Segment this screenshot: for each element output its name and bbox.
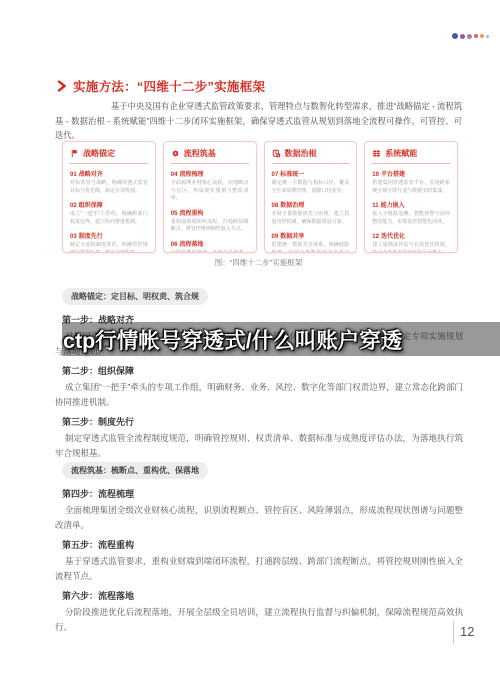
item-number: 08 [272,203,279,209]
figure-caption: 图：“四维十二步”实施框架 [55,257,462,268]
item-desc: 制定全流程制度规范，明确管控规则与数据标准，筑牢合规根基。 [70,242,148,253]
card-item: 01战略对齐 对标监管与战略，明确穿透式监管目标与优先级，制定专项规划。 [70,169,148,195]
item-number: 03 [70,234,77,240]
step-paragraph: 全面梳理集团全级次业财核心流程，识别流程断点、管控盲区、风险薄弱点，形成流程现状… [55,503,463,532]
document-page: 实施方法：“四维十二步”实施框架 基于中央及国有企业穿透式监管政策要求、管理特点… [0,0,500,678]
item-desc: 嵌入全链路追溯、智能预警与闭环整改能力，实现监管智能化闭环。 [372,211,450,226]
card-item: 05流程重构 重构端到端闭环流程，打通跨层级断点，将管控规则刚性嵌入节点。 [171,208,249,234]
item-title: 组织保障 [79,203,103,209]
card-item: 07标准统一 制定统一主数据与指标口径，覆盖全生命周期管理，消除口径差异。 [272,169,350,195]
brand-dots [452,33,489,39]
card-title: 数据治根 [285,148,317,159]
dot-icon [460,34,465,39]
item-desc: 成立“一把手”工作组，明确跨部门权责边界，建立协同推进机制。 [70,211,148,226]
section-header-pill: 流程筑基：梳断点、重构优、保落地 [62,462,208,479]
card-item: 08数据治理 开展全量数据清洗与治理，建立质量管控机制，确保数据质量可靠。 [272,200,350,226]
item-title: 标准统一 [280,172,304,178]
item-number: 06 [171,242,178,248]
card-header: 流程筑基 [171,148,249,164]
card-item: 03制度先行 制定全流程制度规范，明确管控规则与数据标准，筑牢合规根基。 [70,231,148,253]
item-desc: 开展全量数据清洗与治理，建立质量管控机制，确保数据质量可靠。 [272,211,350,226]
dot-icon [486,35,489,38]
step-heading: 第二步：组织保障 [62,364,463,377]
framework-card-system: 系统赋能 10平台搭建 搭建集团穿透监管平台，实现跨系统全域互联互通与数据实时集… [364,141,458,253]
section-process: 流程筑基：梳断点、重构优、保落地 第四步：流程梳理 全面梳理集团全级次业财核心流… [55,460,463,634]
item-number: 01 [70,172,77,178]
gear-icon [171,149,180,158]
item-desc: 对标监管与战略，明确穿透式监管目标与优先级，制定专项规划。 [70,180,148,195]
item-desc: 制定统一主数据与指标口径，覆盖全生命周期管理，消除口径差异。 [272,180,350,195]
item-title: 流程重构 [179,211,203,217]
item-desc: 建立成熟度评估与长效迭代机制，结合业务发展持续优化平台能力。 [372,242,450,253]
framework-card-data: 数据治根 07标准统一 制定统一主数据与指标口径，覆盖全生命周期管理，消除口径差… [264,141,358,253]
card-item: 10平台搭建 搭建集团穿透监管平台，实现跨系统全域互联互通与数据实时集成。 [372,169,450,195]
card-title: 系统赋能 [385,148,417,159]
card-item: 02组织保障 成立“一把手”工作组，明确跨部门权责边界，建立协同推进机制。 [70,200,148,226]
step-heading: 第四步：流程梳理 [62,487,463,500]
page-header: 实施方法：“四维十二步”实施框架 [57,77,265,95]
dot-icon [480,34,484,38]
watermark-overlay: ctp行情帐号穿透式/什么叫账户穿透 [62,322,500,356]
item-title: 战略对齐 [79,172,103,178]
item-desc: 搭建集团穿透监管平台，实现跨系统全域互联互通与数据实时集成。 [372,180,450,195]
card-title: 战略锚定 [83,148,115,159]
chevron-right-icon [57,80,67,92]
framework-card-strategy: 战略锚定 01战略对齐 对标监管与战略，明确穿透式监管目标与优先级，制定专项规划… [62,141,156,253]
item-title: 流程梳理 [179,172,203,178]
dot-icon [467,34,472,39]
flag-icon [70,149,79,158]
dot-icon [452,33,458,39]
database-icon [272,149,281,158]
item-title: 数据治理 [280,203,304,209]
grid-icon [372,149,381,158]
page-number: 12 [460,624,474,639]
card-title: 流程筑基 [184,148,216,159]
step-heading: 第五步：流程重构 [62,538,463,551]
card-item: 11能力嵌入 嵌入全链路追溯、智能预警与闭环整改能力，实现监管智能化闭环。 [372,200,450,226]
item-number: 09 [272,234,279,240]
item-number: 04 [171,172,178,178]
card-item: 12迭代优化 建立成熟度评估与长效迭代机制，结合业务发展持续优化平台能力。 [372,231,450,253]
item-title: 流程落地 [179,242,203,248]
framework-cards: 战略锚定 01战略对齐 对标监管与战略，明确穿透式监管目标与优先级，制定专项规划… [62,141,458,253]
item-number: 05 [171,211,178,217]
item-number: 10 [372,172,379,178]
card-item: 06流程落地 分阶段推进落地，开展全员培训，建立监督与纠偏机制保障执行。 [171,239,249,254]
step-paragraph: 基于穿透式监管要求，重构业财端到端闭环流程，打通跨层级、跨部门流程断点，将管控规… [55,554,463,583]
step-heading: 第六步：流程落地 [62,589,463,602]
card-header: 数据治根 [272,148,350,164]
item-title: 制度先行 [79,234,103,240]
item-desc: 分阶段推进落地，开展全员培训，建立监督与纠偏机制保障执行。 [171,250,249,254]
page-title: 实施方法：“四维十二步”实施框架 [73,77,265,95]
item-desc: 重构端到端闭环流程，打通跨层级断点，将管控规则刚性嵌入节点。 [171,219,249,234]
step-paragraph: 分阶段推进优化后流程落地，开展全层级全员培训，建立流程执行监督与纠偏机制，保障流… [55,605,463,634]
step-heading: 第三步：制度先行 [62,415,463,428]
framework-card-process: 流程筑基 04流程梳理 全面梳理业财核心流程，识别断点与盲区，形成现状图谱与整改… [163,141,257,253]
section-strategy: 战略锚定：定目标、明权责、筑合规 第一步：战略对齐 对标国资监管要求与集团发展战… [55,286,463,460]
item-title: 迭代优化 [381,234,405,240]
item-number: 07 [272,172,279,178]
section-header-pill: 战略锚定：定目标、明权责、筑合规 [62,288,208,305]
step-paragraph: 成立集团“一把手”牵头的专项工作组，明确财务、业务、风控、数字化等部门权责边界，… [55,380,463,409]
item-number: 11 [372,203,378,209]
page-number-divider [453,621,454,644]
watermark-text: ctp行情帐号穿透式/什么叫账户穿透 [62,324,402,355]
item-title: 能力嵌入 [381,203,405,209]
card-item: 04流程梳理 全面梳理业财核心流程，识别断点与盲区，形成现状图谱与整改清单。 [171,169,249,203]
step-paragraph: 制定穿透式监管全流程制度规范，明确管控规则、权责清单、数据标准与成熟度评估办法，… [55,431,463,460]
item-title: 平台搭建 [381,172,405,178]
item-desc: 搭建统一数据共享体系，明确权限规则，实现全量数据安全高效应用。 [272,242,350,253]
intro-paragraph: 基于中央及国有企业穿透式监管政策要求、管理特点与数智化转型需求，推进“战略锚定 … [55,99,462,143]
dot-icon [474,34,478,38]
card-header: 系统赋能 [372,148,450,164]
item-number: 12 [372,234,379,240]
card-item: 09数据共享 搭建统一数据共享体系，明确权限规则，实现全量数据安全高效应用。 [272,231,350,253]
card-header: 战略锚定 [70,148,148,164]
item-title: 数据共享 [280,234,304,240]
item-number: 02 [70,203,77,209]
item-desc: 全面梳理业财核心流程，识别断点与盲区，形成现状图谱与整改清单。 [171,180,249,203]
